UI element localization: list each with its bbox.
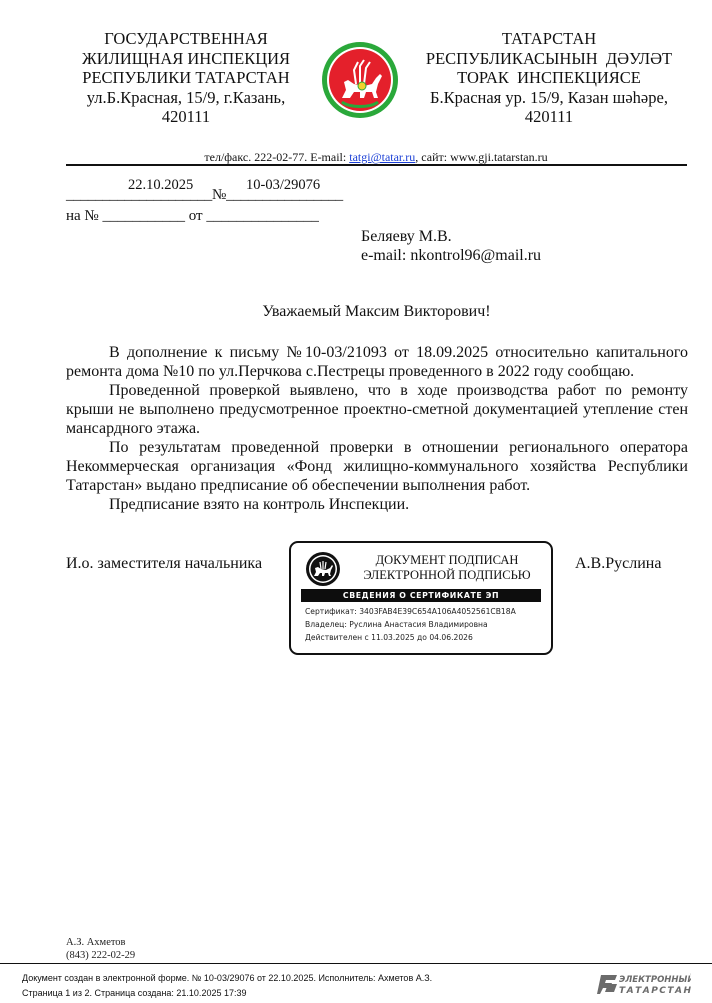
signer-name: А.В.Руслина bbox=[575, 555, 661, 573]
reply-to-underline: ___________ bbox=[103, 208, 186, 224]
executor-name: А.З. Ахметов bbox=[66, 936, 135, 949]
reply-from-underline: _______________ bbox=[206, 208, 319, 224]
letterhead-left: ГОСУДАРСТВЕННАЯ ЖИЛИЩНАЯ ИНСПЕКЦИЯ РЕСПУ… bbox=[66, 29, 306, 127]
body-paragraph: Предписание взято на контроль Инспекции. bbox=[66, 495, 688, 514]
stamp-certificate-header: СВЕДЕНИЯ О СЕРТИФИКАТЕ ЭП bbox=[301, 589, 541, 602]
contact-line: тел/факс. 222-02-77. E-mail: tatgi@tatar… bbox=[66, 150, 686, 165]
tatarstan-coat-of-arms-icon bbox=[320, 40, 400, 120]
footer-divider bbox=[0, 963, 712, 964]
body-paragraph: Проведенной проверкой выявлено, что в хо… bbox=[66, 381, 688, 438]
stamp-certificate-id: Сертификат: 3403FAB4E39C654A106A4052561C… bbox=[305, 607, 516, 616]
executor-info: А.З. Ахметов (843) 222-02-29 bbox=[66, 936, 135, 962]
registration-row2: на № ___________ от _______________ bbox=[66, 208, 319, 225]
e-signature-stamp: ДОКУМЕНТ ПОДПИСАН ЭЛЕКТРОННОЙ ПОДПИСЬЮ С… bbox=[289, 541, 553, 655]
org-address-ru: ул.Б.Красная, 15/9, г.Казань, bbox=[66, 88, 306, 108]
reply-to-label: на № bbox=[66, 208, 99, 224]
addressee-name: Беляеву М.В. bbox=[361, 227, 541, 246]
addressee: Беляеву М.В. e-mail: nkontrol96@mail.ru bbox=[361, 227, 541, 265]
org-name-tt-line3: ТОРАК ИНСПЕКЦИЯСЕ bbox=[408, 68, 690, 88]
reply-from-label: от bbox=[189, 208, 203, 224]
contact-site: , сайт: www.gji.tatarstan.ru bbox=[415, 150, 547, 164]
registration-row1: ____________________№________________ bbox=[66, 187, 343, 204]
footer-document-info: Документ создан в электронной форме. № 1… bbox=[22, 971, 432, 986]
addressee-email: e-mail: nkontrol96@mail.ru bbox=[361, 246, 541, 265]
stamp-emblem-icon bbox=[305, 551, 341, 587]
org-postcode-ru: 420111 bbox=[66, 107, 306, 127]
brand-line1: ЭЛЕКТРОННЫЙ bbox=[619, 973, 691, 985]
number-sign: № bbox=[212, 187, 226, 203]
org-postcode-tt: 420111 bbox=[408, 107, 690, 127]
stamp-validity: Действителен с 11.03.2025 до 04.06.2026 bbox=[305, 633, 473, 642]
stamp-title-line1: ДОКУМЕНТ ПОДПИСАН bbox=[349, 553, 545, 568]
letterhead-right: ТАТАРСТАН РЕСПУБЛИКАСЫНЫН ДӘУЛӘТ ТОРАК И… bbox=[408, 29, 690, 127]
executor-phone: (843) 222-02-29 bbox=[66, 949, 135, 962]
org-address-tt: Б.Красная ур. 15/9, Казан шәһәре, bbox=[408, 88, 690, 108]
body-paragraph: По результатам проведенной проверки в от… bbox=[66, 438, 688, 495]
stamp-title: ДОКУМЕНТ ПОДПИСАН ЭЛЕКТРОННОЙ ПОДПИСЬЮ bbox=[349, 553, 545, 583]
body-paragraph: В дополнение к письму №10-03/21093 от 18… bbox=[66, 343, 688, 381]
org-name-tt-line1: ТАТАРСТАН bbox=[408, 29, 690, 49]
letter-body: В дополнение к письму №10-03/21093 от 18… bbox=[66, 343, 688, 514]
signer-position: И.о. заместителя начальника bbox=[66, 555, 262, 573]
org-name-ru-line1: ГОСУДАРСТВЕННАЯ bbox=[66, 29, 306, 49]
date-underline: ____________________ bbox=[66, 187, 212, 203]
footer-page-info: Страница 1 из 2. Страница создана: 21.10… bbox=[22, 986, 432, 1001]
contact-phone: тел/факс. 222-02-77. E-mail: bbox=[204, 150, 349, 164]
number-underline: ________________ bbox=[226, 187, 343, 203]
org-name-ru-line3: РЕСПУБЛИКИ ТАТАРСТАН bbox=[66, 68, 306, 88]
salutation: Уважаемый Максим Викторович! bbox=[66, 303, 687, 321]
stamp-title-line2: ЭЛЕКТРОННОЙ ПОДПИСЬЮ bbox=[349, 568, 545, 583]
stamp-owner: Владелец: Руслина Анастасия Владимировна bbox=[305, 620, 488, 629]
brand-line2: ТАТАРСТАН bbox=[619, 986, 691, 996]
footer-info: Документ создан в электронной форме. № 1… bbox=[22, 971, 432, 1001]
header-divider bbox=[66, 164, 687, 166]
electronic-tatarstan-logo: ЭЛЕКТРОННЫЙ ТАТАРСТАН bbox=[597, 972, 691, 996]
org-name-tt-line2: РЕСПУБЛИКАСЫНЫН ДӘУЛӘТ bbox=[408, 49, 690, 69]
contact-email-link[interactable]: tatgi@tatar.ru bbox=[349, 150, 415, 164]
org-name-ru-line2: ЖИЛИЩНАЯ ИНСПЕКЦИЯ bbox=[66, 49, 306, 69]
